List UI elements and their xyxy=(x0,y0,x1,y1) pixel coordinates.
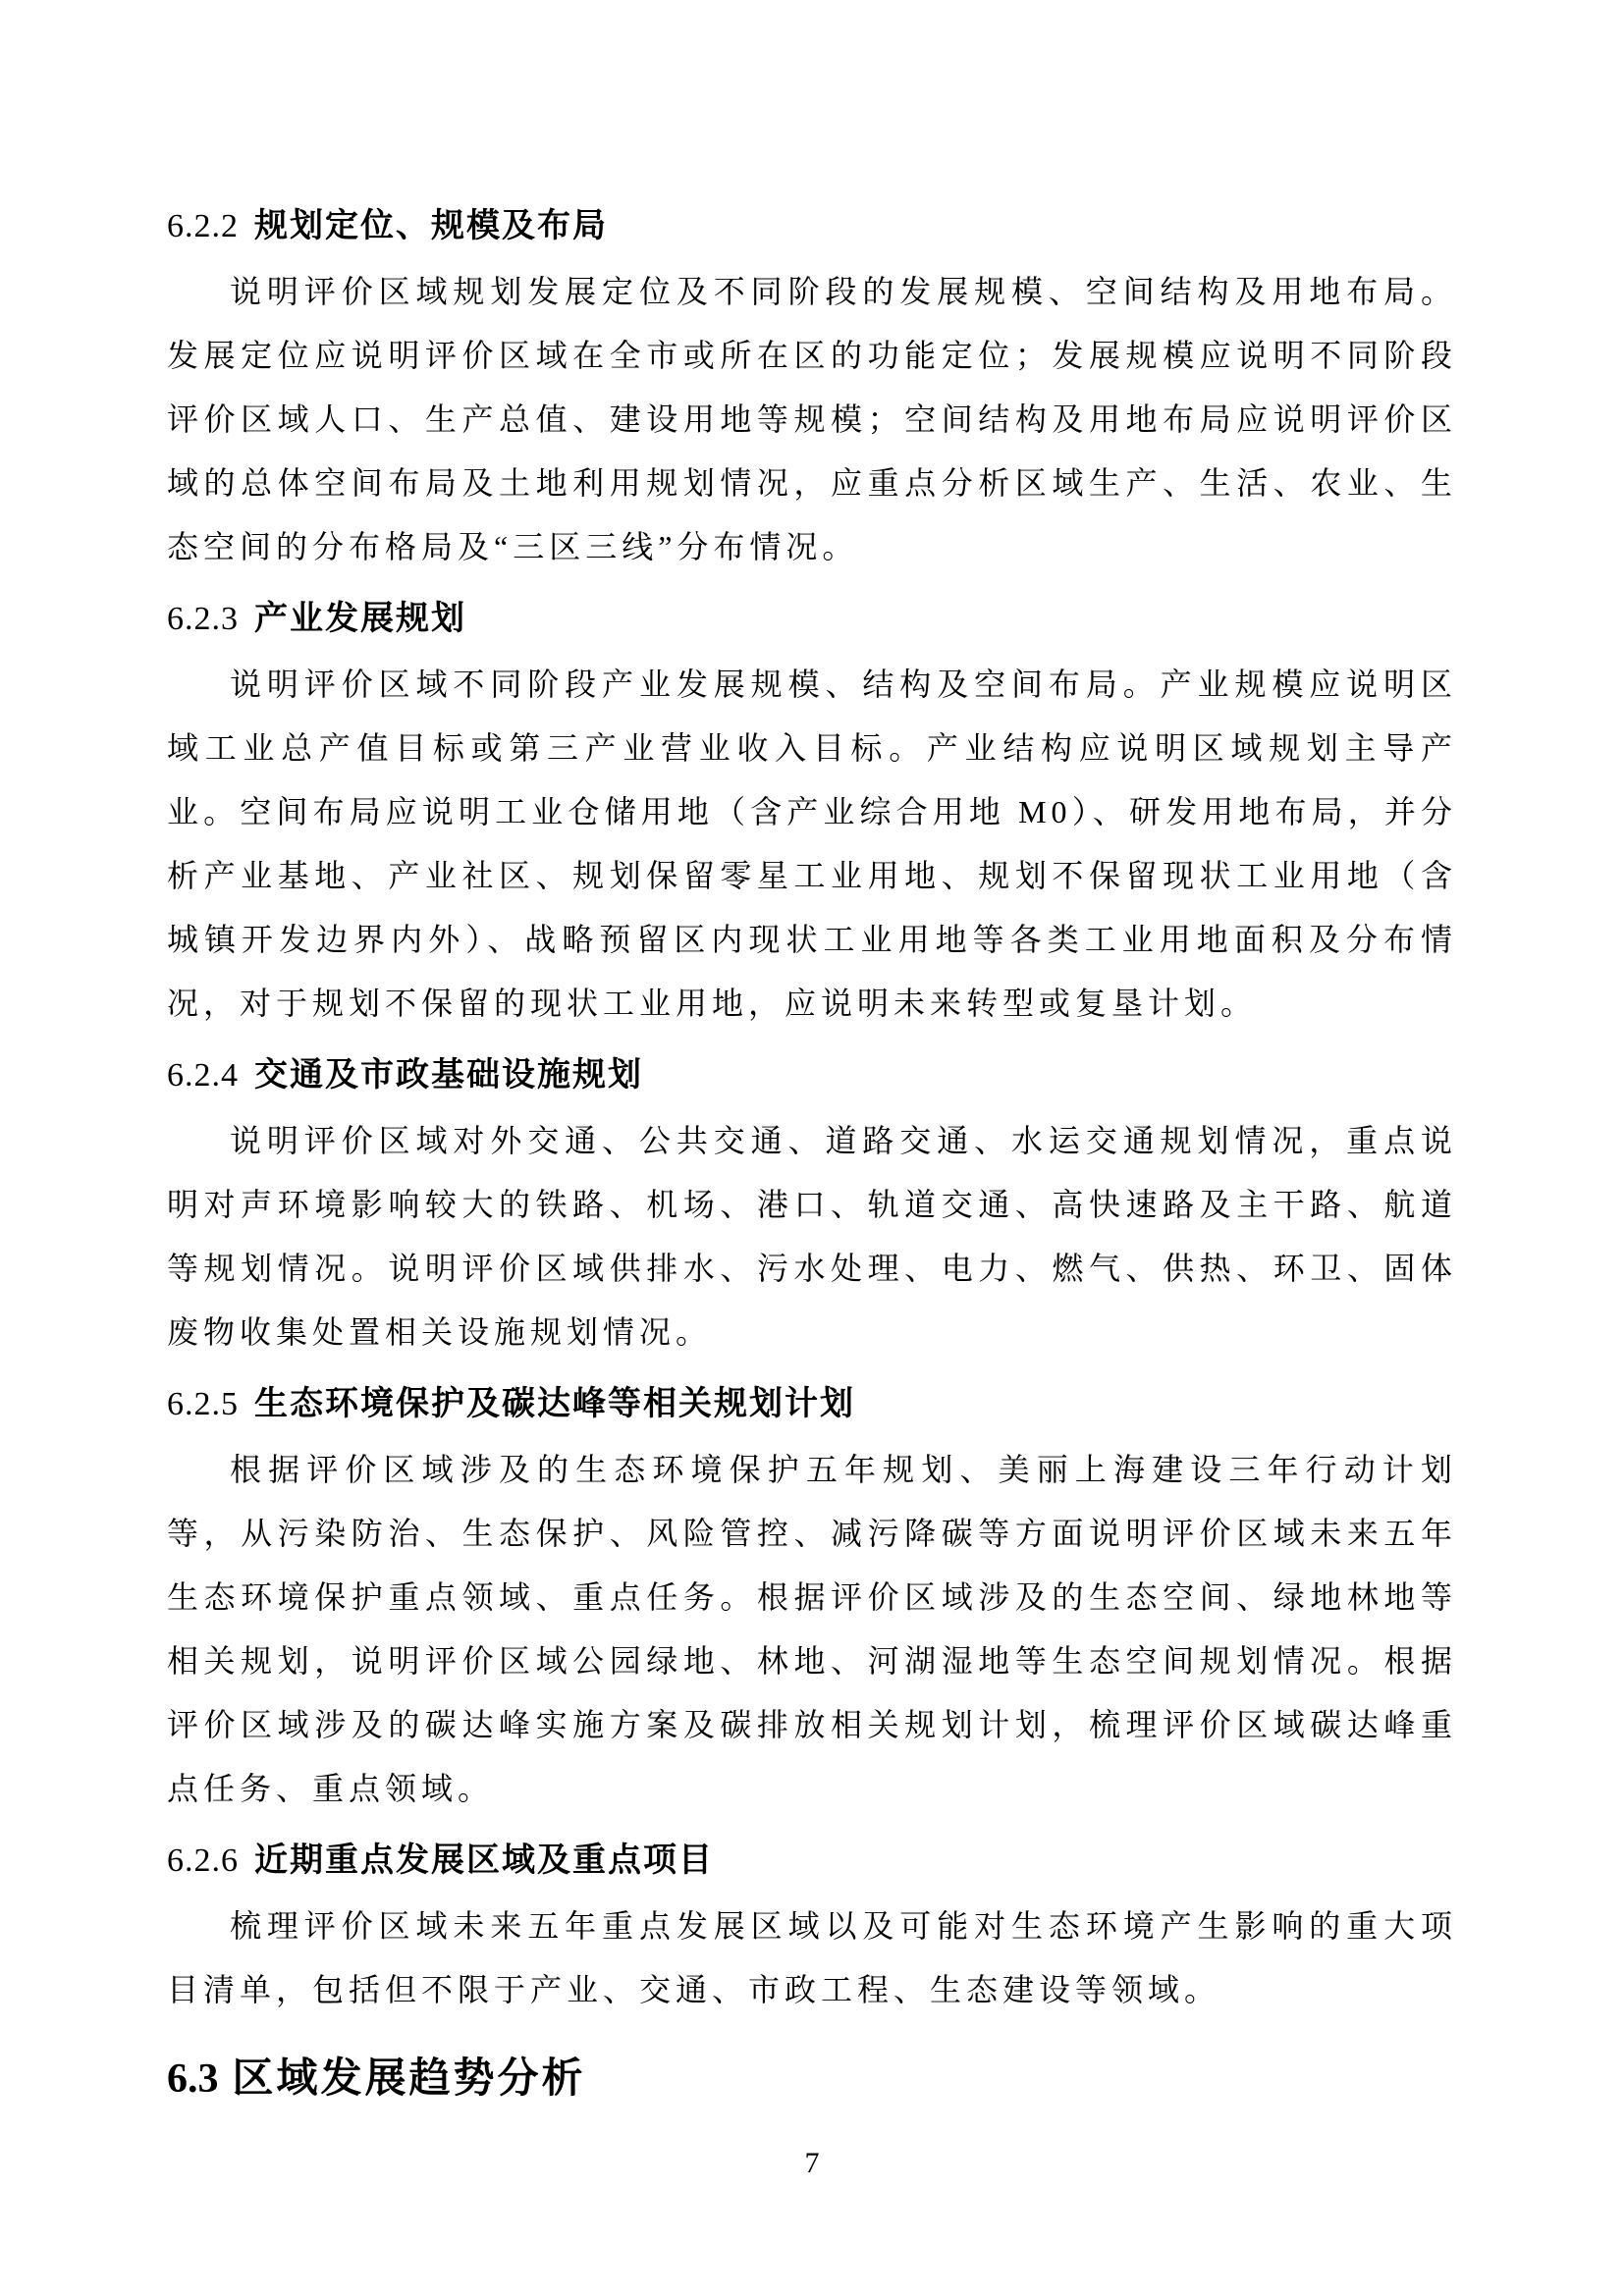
heading-number: 6.2.2 xyxy=(167,208,239,244)
heading-6-2-2: 6.2.2规划定位、规模及布局 xyxy=(167,202,1457,250)
heading-title: 区域发展趋势分析 xyxy=(233,2055,586,2101)
heading-6-3: 6.3区域发展趋势分析 xyxy=(167,2050,1457,2108)
paragraph-transport-infrastructure: 说明评价区域对外交通、公共交通、道路交通、水运交通规划情况，重点说明对声环境影响… xyxy=(167,1109,1457,1364)
heading-number: 6.2.5 xyxy=(167,1386,239,1422)
heading-6-2-4: 6.2.4交通及市政基础设施规划 xyxy=(167,1051,1457,1099)
page-number: 7 xyxy=(0,2147,1624,2180)
heading-title: 产业发展规划 xyxy=(254,600,466,637)
heading-number: 6.2.3 xyxy=(167,601,239,637)
paragraph-key-development-projects: 梳理评价区域未来五年重点发展区域以及可能对生态环境产生影响的重大项目清单，包括但… xyxy=(167,1895,1457,2022)
heading-6-2-3: 6.2.3产业发展规划 xyxy=(167,595,1457,643)
paragraph-planning-position: 说明评价区域规划发展定位及不同阶段的发展规模、空间结构及用地布局。发展定位应说明… xyxy=(167,260,1457,579)
paragraph-industry-planning: 说明评价区域不同阶段产业发展规模、结构及空间布局。产业规模应说明区域工业总产值目… xyxy=(167,653,1457,1036)
heading-6-2-6: 6.2.6近期重点发展区域及重点项目 xyxy=(167,1837,1457,1885)
heading-number: 6.2.4 xyxy=(167,1057,239,1094)
heading-title: 近期重点发展区域及重点项目 xyxy=(254,1842,714,1879)
paragraph-eco-protection-carbon: 根据评价区域涉及的生态环境保护五年规划、美丽上海建设三年行动计划等，从污染防治、… xyxy=(167,1438,1457,1821)
heading-title: 生态环境保护及碳达峰等相关规划计划 xyxy=(254,1385,855,1422)
heading-6-2-5: 6.2.5生态环境保护及碳达峰等相关规划计划 xyxy=(167,1380,1457,1428)
heading-number: 6.3 xyxy=(167,2056,219,2102)
document-page: 6.2.2规划定位、规模及布局 说明评价区域规划发展定位及不同阶段的发展规模、空… xyxy=(0,0,1624,2296)
heading-title: 规划定位、规模及布局 xyxy=(254,207,608,244)
heading-number: 6.2.6 xyxy=(167,1842,239,1879)
heading-title: 交通及市政基础设施规划 xyxy=(254,1056,643,1094)
